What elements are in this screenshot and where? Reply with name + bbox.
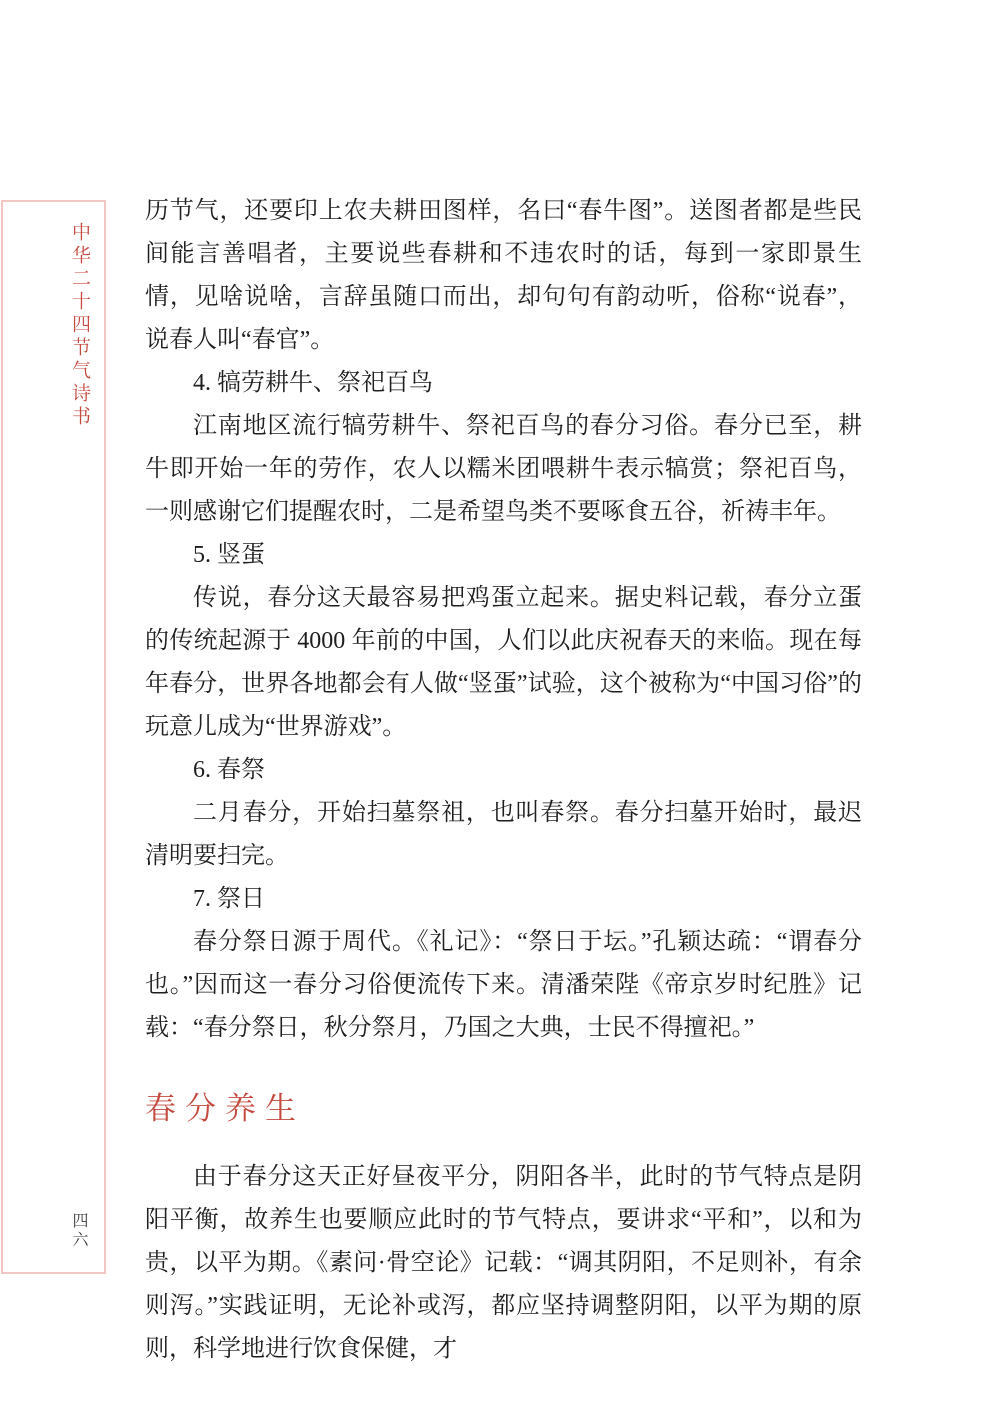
subheading-item-5: 5. 竖蛋	[145, 534, 862, 577]
body-paragraph-item-5: 传说，春分这天最容易把鸡蛋立起来。据史料记载，春分立蛋的传统起源于 4000 年…	[145, 577, 862, 749]
book-page: 中华二十四节气诗书 四六 历节气，还要印上农夫耕田图样，名曰“春牛图”。送图者都…	[0, 0, 1004, 1417]
subheading-item-7: 7. 祭日	[145, 878, 862, 921]
page-number: 四六	[67, 1212, 90, 1250]
body-paragraph-item-4: 江南地区流行犒劳耕牛、祭祀百鸟的春分习俗。春分已至，耕牛即开始一年的劳作，农人以…	[145, 405, 862, 534]
body-paragraph-item-7: 春分祭日源于周代。《礼记》：“祭日于坛。”孔颖达疏：“谓春分也。”因而这一春分习…	[145, 921, 862, 1050]
body-paragraph-item-6: 二月春分，开始扫墓祭祖，也叫春祭。春分扫墓开始时，最迟清明要扫完。	[145, 792, 862, 878]
page-content: 历节气，还要印上农夫耕田图样，名曰“春牛图”。送图者都是些民间能言善唱者，主要说…	[145, 190, 862, 1371]
subheading-item-4: 4. 犒劳耕牛、祭祀百鸟	[145, 362, 862, 405]
subheading-item-6: 6. 春祭	[145, 749, 862, 792]
book-title-vertical: 中华二十四节气诗书	[66, 222, 93, 429]
body-paragraph-yangsheng: 由于春分这天正好昼夜平分，阴阳各半，此时的节气特点是阴阳平衡，故养生也要顺应此时…	[145, 1156, 862, 1371]
body-paragraph-continuation: 历节气，还要印上农夫耕田图样，名曰“春牛图”。送图者都是些民间能言善唱者，主要说…	[145, 190, 862, 362]
section-heading: 春分养生	[145, 1087, 862, 1130]
